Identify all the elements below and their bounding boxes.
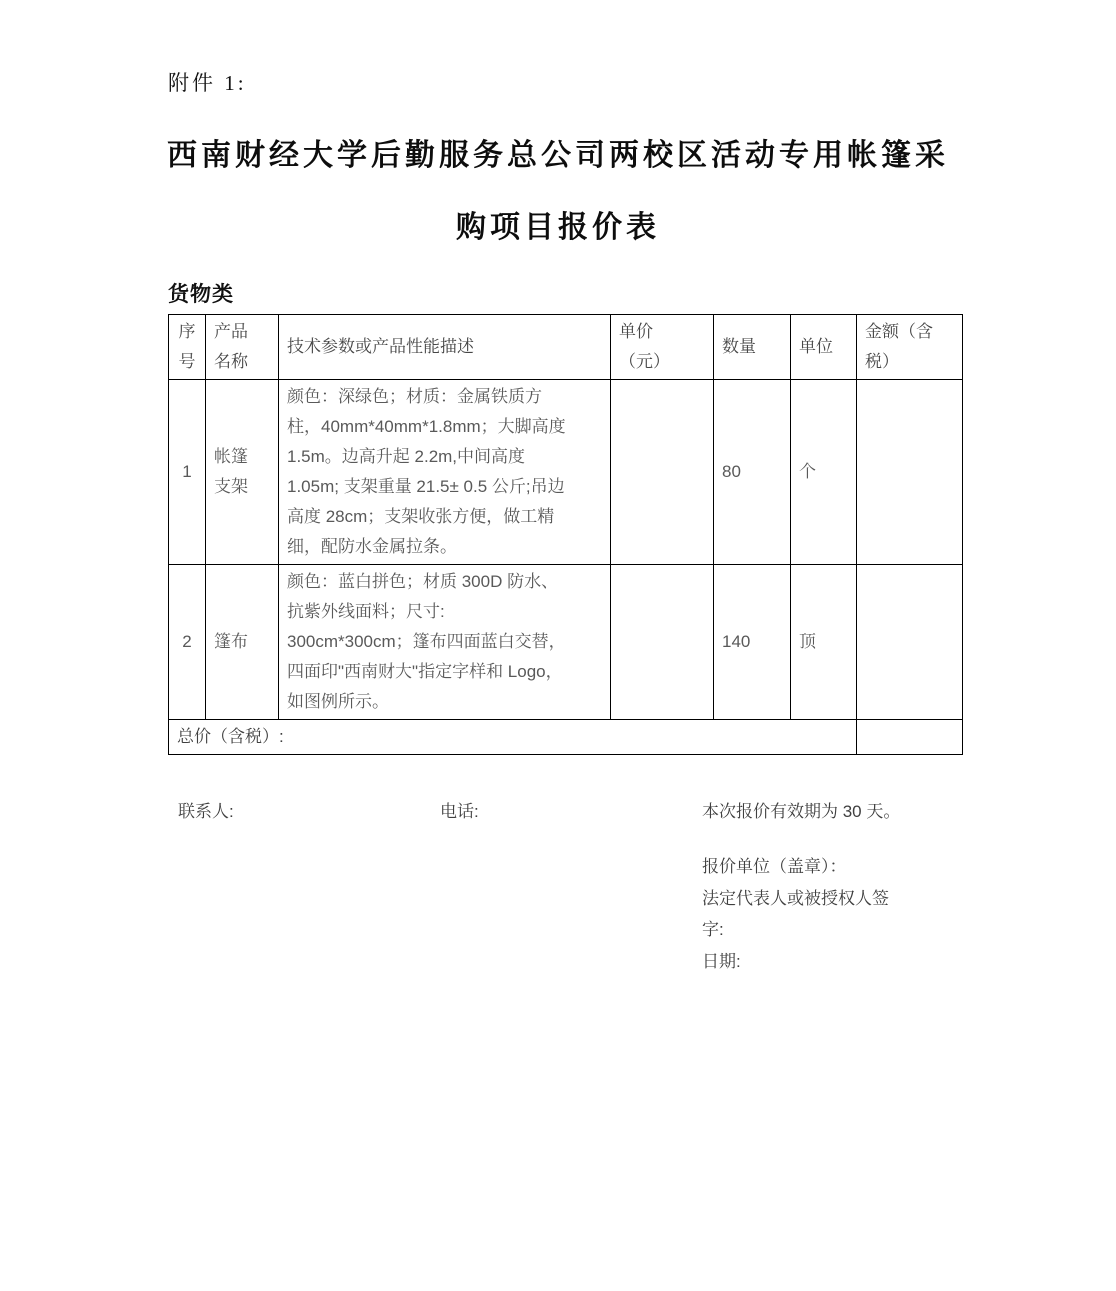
table-header-description: 技术参数或产品性能描述 — [279, 315, 611, 380]
date-line: 日期: — [702, 946, 889, 978]
total-label-cell: 总价（含税）: — [169, 720, 857, 755]
product-name-cell: 篷布 — [206, 565, 279, 720]
unit-price-cell — [611, 380, 714, 565]
quantity-cell: 80 — [714, 380, 791, 565]
row-index-cell: 2 — [169, 565, 206, 720]
total-amount-cell — [857, 720, 963, 755]
amount-cell — [857, 565, 963, 720]
document-title-line-1: 西南财经大学后勤服务总公司两校区活动专用帐篷采 — [161, 120, 955, 192]
table-header-amount: 金额（含 税） — [857, 315, 963, 380]
attachment-label: 附件 1: — [168, 67, 247, 97]
document-title: 西南财经大学后勤服务总公司两校区活动专用帐篷采 购项目报价表 — [161, 120, 955, 264]
table-header-quantity: 数量 — [714, 315, 791, 380]
product-name-cell: 帐篷 支架 — [206, 380, 279, 565]
table-header-no: 序 号 — [169, 315, 206, 380]
contact-label: 联系人: — [178, 797, 234, 822]
unit-cell: 个 — [791, 380, 857, 565]
row-index-cell: 1 — [169, 380, 206, 565]
table-total-row: 总价（含税）: — [169, 720, 963, 755]
document-title-line-2: 购项目报价表 — [161, 192, 955, 264]
document-page: 附件 1: 西南财经大学后勤服务总公司两校区活动专用帐篷采 购项目报价表 货物类… — [0, 0, 1116, 1291]
unit-price-cell — [611, 565, 714, 720]
table-header-unit-price: 单价 （元） — [611, 315, 714, 380]
description-cell: 颜色：深绿色；材质：金属铁质方 柱，40mm*40mm*1.8mm；大脚高度 1… — [279, 380, 611, 565]
table-header-row: 序 号 产品 名称 技术参数或产品性能描述 单价 （元） 数量 单位 金额（含 … — [169, 315, 963, 380]
table-row: 2 篷布 颜色：蓝白拼色；材质 300D 防水、 抗紫外线面料；尺寸: 300c… — [169, 565, 963, 720]
quote-validity-text: 本次报价有效期为 30 天。 — [702, 797, 900, 822]
table-header-unit: 单位 — [791, 315, 857, 380]
table-header-product-name: 产品 名称 — [206, 315, 279, 380]
goods-category-label: 货物类 — [168, 278, 234, 308]
signature-block: 报价单位（盖章）： 法定代表人或被授权人签 字: 日期: — [702, 851, 889, 977]
phone-label: 电话: — [440, 797, 479, 822]
amount-cell — [857, 380, 963, 565]
quote-unit-seal-line: 报价单位（盖章）： — [702, 851, 889, 883]
signature-suffix-line: 字: — [702, 914, 889, 946]
legal-representative-line: 法定代表人或被授权人签 — [702, 883, 889, 915]
unit-cell: 顶 — [791, 565, 857, 720]
table-row: 1 帐篷 支架 颜色：深绿色；材质：金属铁质方 柱，40mm*40mm*1.8m… — [169, 380, 963, 565]
description-cell: 颜色：蓝白拼色；材质 300D 防水、 抗紫外线面料；尺寸: 300cm*300… — [279, 565, 611, 720]
quantity-cell: 140 — [714, 565, 791, 720]
quotation-table: 序 号 产品 名称 技术参数或产品性能描述 单价 （元） 数量 单位 金额（含 … — [168, 314, 963, 755]
